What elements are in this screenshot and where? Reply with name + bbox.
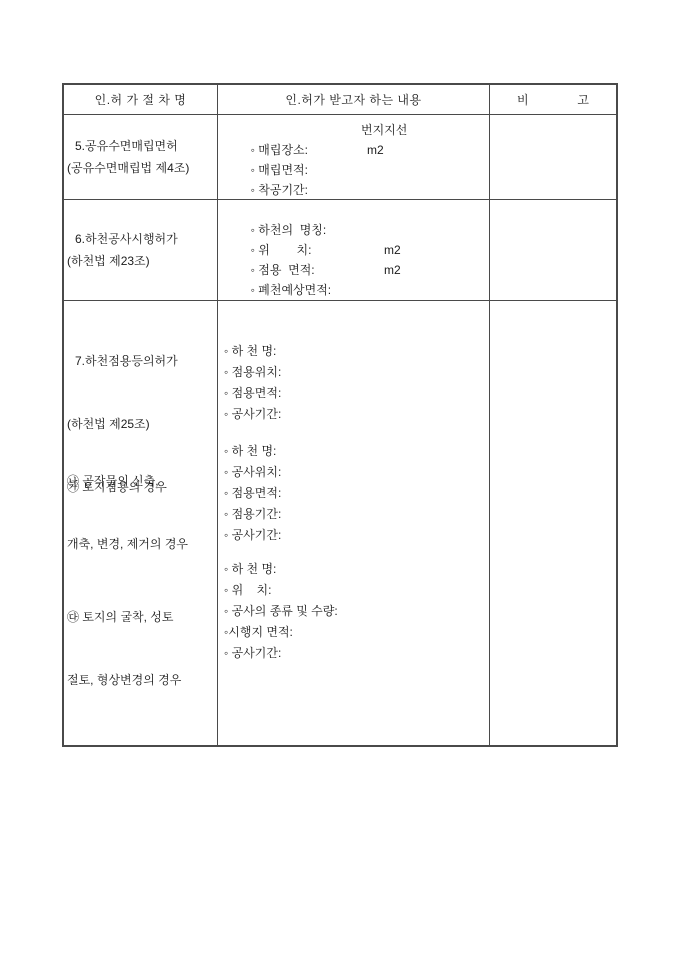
row7-group-a-fields: ◦ 하 천 명: ◦ 점용위치: ◦ 점용면적: ◦ 공사기간: — [224, 341, 489, 425]
field-line: ◦ 점용기간: — [224, 504, 489, 525]
field-line: ◦ 점용면적: — [224, 483, 489, 504]
field-line: ◦ 점용 면적: m2 — [224, 240, 489, 260]
field-line: ◦ 위 치: — [224, 220, 489, 240]
header-procedure-name: 인.허 가 절 차 명 — [64, 85, 218, 115]
row7-case-c-block: ㉰ 토지의 굴착, 성토 절토, 형상변경의 경우 — [67, 565, 215, 733]
document-page: 인.허 가 절 차 명 인.허가 받고자 하는 내용 비 고 5.공유수면매립면… — [0, 0, 680, 962]
row7-case-c-line2: 절토, 형상변경의 경우 — [67, 670, 215, 691]
row5-name-line1: 5.공유수면매립면허 — [67, 135, 217, 157]
field-label: ◦ 점용기간: — [224, 507, 281, 521]
field-label: ◦ 공사기간: — [224, 528, 281, 542]
row7-group-c-fields: ◦ 하 천 명: ◦ 위 치: ◦ 공사의 종류 및 수량: ◦시행지 면적: … — [224, 559, 489, 664]
field-line: ◦ 매립장소: 번지지선 — [224, 120, 489, 140]
row6-content: ◦ 하천의 명칭: ◦ 위 치: ◦ 점용 면적: m2 ◦ 폐천예상면적: m… — [218, 200, 490, 301]
field-line: ◦ 점용위치: — [224, 362, 489, 383]
field-line: ◦ 매립면적: m2 — [224, 140, 489, 160]
header-remarks-left: 비 — [517, 91, 529, 108]
field-line: ◦시행지 면적: — [224, 622, 489, 643]
field-label: ◦ 점용면적: — [224, 486, 281, 500]
field-line: ◦ 공사 기간: — [224, 280, 489, 300]
field-line: ◦ 위 치: — [224, 580, 489, 601]
field-line: ◦ 폐천예상면적: m2 — [224, 260, 489, 280]
field-line: ◦ 준공기간: — [224, 180, 489, 200]
row7-content: ◦ 하 천 명: ◦ 점용위치: ◦ 점용면적: ◦ 공사기간: ◦ 하 천 명… — [218, 301, 490, 745]
header-permit-content: 인.허가 받고자 하는 내용 — [218, 85, 490, 115]
field-label: ◦ 공사기간: — [224, 407, 281, 421]
field-value: 번지지선 — [361, 120, 407, 140]
row7-case-b-line2: 개축, 변경, 제거의 경우 — [67, 534, 215, 555]
field-label: ◦시행지 면적: — [224, 625, 293, 639]
field-line: ◦ 공사위치: — [224, 462, 489, 483]
permit-table: 인.허 가 절 차 명 인.허가 받고자 하는 내용 비 고 5.공유수면매립면… — [62, 83, 618, 747]
header-procedure-name-label: 인.허 가 절 차 명 — [95, 91, 187, 108]
field-line: ◦ 착공기간: — [224, 160, 489, 180]
field-line: ◦ 점용면적: — [224, 383, 489, 404]
field-label: ◦ 공사기간: — [224, 646, 281, 660]
row7-procedure-name: 7.하천점용등의허가 (하천법 제25조) ㉮ 토지점용의 경우 ㉯ 공작물의 … — [64, 301, 218, 745]
field-label: ◦ 하 천 명: — [224, 562, 276, 576]
row6-remarks — [490, 200, 616, 301]
field-line: ◦ 하 천 명: — [224, 559, 489, 580]
field-label: ◦ 공사의 종류 및 수량: — [224, 604, 338, 618]
field-label: ◦ 공사위치: — [224, 465, 281, 479]
row7-case-c-line1: ㉰ 토지의 굴착, 성토 — [67, 607, 215, 628]
field-line: ◦ 공사기간: — [224, 643, 489, 664]
row6-procedure-name: 6.하천공사시행허가 (하천법 제23조) — [64, 200, 218, 301]
header-remarks: 비 고 — [490, 85, 616, 115]
field-line: ◦ 하 천 명: — [224, 341, 489, 362]
row7-name-line1: 7.하천점용등의허가 — [67, 351, 215, 372]
row7-remarks — [490, 301, 616, 745]
row7-group-b-fields: ◦ 하 천 명: ◦ 공사위치: ◦ 점용면적: ◦ 점용기간: ◦ 공사기간: — [224, 441, 489, 546]
field-label: ◦ 위 치: — [224, 583, 271, 597]
field-label: ◦ 점용면적: — [224, 386, 281, 400]
row5-name-line2: (공유수면매립법 제4조) — [67, 157, 217, 179]
field-line: ◦ 하 천 명: — [224, 441, 489, 462]
header-remarks-right: 고 — [577, 91, 589, 108]
row6-name-line2: (하천법 제23조) — [67, 250, 217, 272]
field-value: m2 — [384, 260, 401, 280]
field-line: ◦ 하천의 명칭: — [224, 200, 489, 220]
field-label: ◦ 하 천 명: — [224, 344, 276, 358]
field-label: ◦ 점용위치: — [224, 365, 281, 379]
row6-name-line1: 6.하천공사시행허가 — [67, 228, 217, 250]
field-line: ◦ 공사기간: — [224, 525, 489, 546]
field-label: ◦ 하 천 명: — [224, 444, 276, 458]
row5-content: ◦ 매립장소: 번지지선 ◦ 매립면적: m2 ◦ 착공기간: ◦ 준공기간: — [218, 115, 490, 200]
field-value: m2 — [384, 240, 401, 260]
field-line: ◦ 공사기간: — [224, 404, 489, 425]
field-value: m2 — [367, 140, 384, 160]
row5-remarks — [490, 115, 616, 200]
field-line: ◦ 공사의 종류 및 수량: — [224, 601, 489, 622]
row5-procedure-name: 5.공유수면매립면허 (공유수면매립법 제4조) — [64, 115, 218, 200]
header-permit-content-label: 인.허가 받고자 하는 내용 — [285, 91, 421, 108]
row7-case-b-line1: ㉯ 공작물의 신축, — [67, 471, 215, 492]
